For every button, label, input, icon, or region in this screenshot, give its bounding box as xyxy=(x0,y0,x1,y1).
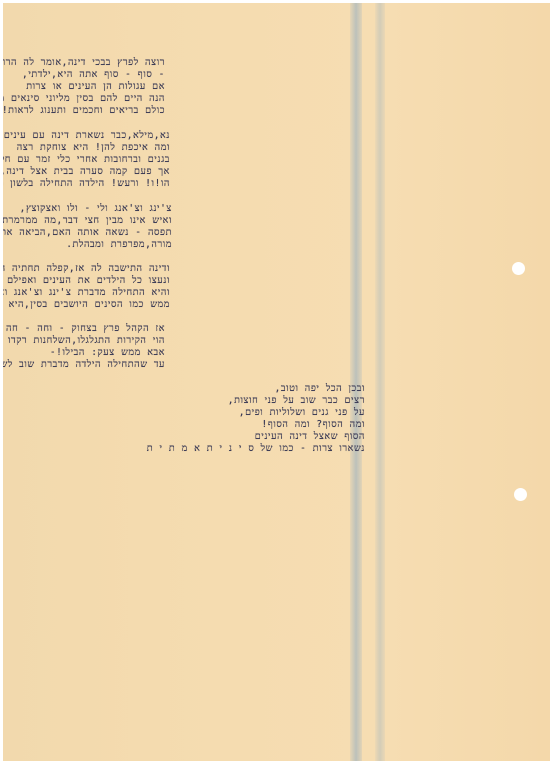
poem-line: אבא ממש צעק: הבילו!- xyxy=(50,347,165,358)
poem-line: הסוף שאצל דינה העינים xyxy=(255,431,365,442)
poem-line: והיא התחילה מדברת צ'ינג וצ'אנג ואצקוצץ xyxy=(3,287,170,298)
document-page: רוצה לפרץ בבכי דינה,אומר לה הרופא בקול ש… xyxy=(3,3,550,761)
poem-line: עד שהתחילה הילדה מדברת שוב לשון של אבא א… xyxy=(3,359,165,370)
poem-line: תפסה - נשאה אותה האם,הביאה את הבת לבית ה… xyxy=(3,227,172,238)
poem-line: ומה הסוף? ומה הסוף! xyxy=(262,419,366,430)
poem-line: רוצה לפרץ בבכי דינה,אומר לה הרופא בקול ש… xyxy=(3,57,165,68)
poem-line: ומה איכפת להן! היא צוחקת רצה xyxy=(17,142,170,153)
poem-line: נא,מילא,כבר נשארת דינה עם עינים בשקדים, xyxy=(3,130,170,141)
poem-line: נשארו צרות - כמו של ס י נ י ת א מ ת י ת xyxy=(147,443,365,454)
poem-line: ודינה התישבה לה אז,קפלה תחתיה הרגלים xyxy=(3,263,170,274)
poem-line: הנה היים להם בסין מליוני סינאים ממצמצי ע… xyxy=(3,93,165,104)
poem-line: מורה,מפרפרת ומבהלת. xyxy=(66,239,172,250)
poem-line: על פני גנים ושלוליות ופים, xyxy=(239,407,365,418)
poem-line: ואיש אינו מבין חצי דבר,מה ממרמרת היא ומה… xyxy=(3,215,172,226)
poem-line: ממש כמו הסינים היושבים בסין,היא ארץ סינה… xyxy=(3,299,170,310)
poem-line: אך פעם קמה סערה בבית אצל דינה, xyxy=(3,166,170,177)
poem-line: ובכן הכל יפה וטוב, xyxy=(275,383,365,394)
poem-line: כולם בריאים וחכמים ותענוג לראות! xyxy=(3,105,165,116)
poem-line: הו!ו! ורעש! הילדה התחילה בלשון מסינית מד… xyxy=(3,178,170,189)
poem-line: אז הקהל פרץ בצחוק - וחה - חה - חה וחי - … xyxy=(3,323,165,334)
poem-line: רצים כבר שוב על פני חוצות, xyxy=(228,395,365,406)
typewritten-poem: רוצה לפרץ בבכי דינה,אומר לה הרופא בקול ש… xyxy=(3,3,550,761)
poem-line: צ'ינג וצ'אנג ולי - ולו ואצקוצץ, xyxy=(20,203,172,214)
poem-line: - סוף - סוף אתה היא,ילדתי, xyxy=(22,69,165,80)
poem-line: ונעצו כל הילדים את העינים ואפילם בדינה; xyxy=(3,275,170,286)
poem-line: אם עגולות הן העינים או צרות xyxy=(26,81,165,92)
poem-line: בגנים וברחובות אחרי כלי זמר עם חליל והצו… xyxy=(3,154,170,165)
poem-line: הוי הקירות התגלגלו,השלחנות רקדו בחדר פני… xyxy=(3,335,165,346)
